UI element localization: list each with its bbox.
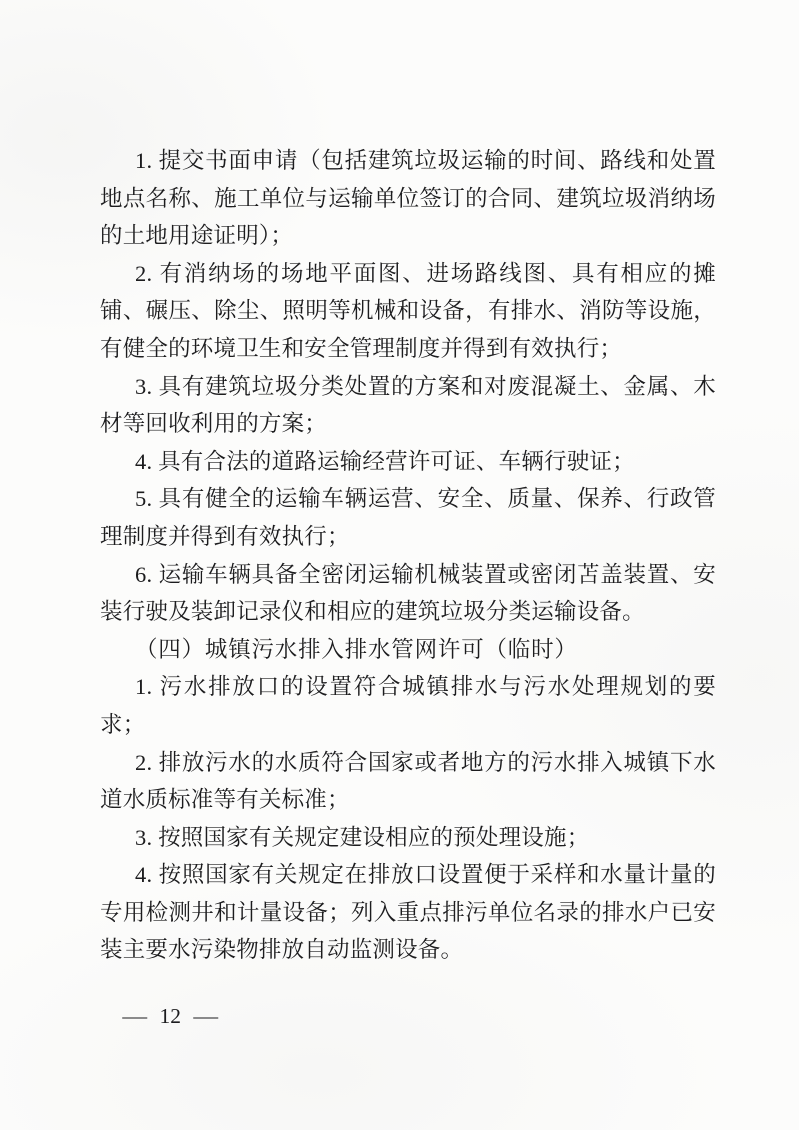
paragraph-construction-waste-item-4: 4. 具有合法的道路运输经营许可证、车辆行驶证； <box>100 443 716 481</box>
paragraph-construction-waste-item-2: 2. 有消纳场的场地平面图、进场路线图、具有相应的摊铺、碾压、除尘、照明等机械和… <box>100 255 716 368</box>
section-heading-sewage-discharge-permit: （四）城镇污水排入排水管网许可（临时） <box>100 631 716 669</box>
document-page: 1. 提交书面申请（包括建筑垃圾运输的时间、路线和处置地点名称、施工单位与运输单… <box>0 0 799 1130</box>
footer-right-dash: — <box>193 1001 218 1031</box>
page-number-footer: — 12 — <box>124 1001 217 1031</box>
paragraph-sewage-item-3: 3. 按照国家有关规定建设相应的预处理设施； <box>100 819 716 857</box>
page-number: 12 <box>160 1001 182 1031</box>
footer-left-dash: — <box>122 1001 147 1031</box>
paragraph-construction-waste-item-1: 1. 提交书面申请（包括建筑垃圾运输的时间、路线和处置地点名称、施工单位与运输单… <box>100 142 716 255</box>
paragraph-sewage-item-1: 1. 污水排放口的设置符合城镇排水与污水处理规划的要求； <box>100 668 716 743</box>
paragraph-construction-waste-item-6: 6. 运输车辆具备全密闭运输机械装置或密闭苫盖装置、安装行驶及装卸记录仪和相应的… <box>100 556 716 631</box>
document-body: 1. 提交书面申请（包括建筑垃圾运输的时间、路线和处置地点名称、施工单位与运输单… <box>100 142 716 969</box>
paragraph-sewage-item-4: 4. 按照国家有关规定在排放口设置便于采样和水量计量的专用检测井和计量设备；列入… <box>100 856 716 969</box>
paragraph-sewage-item-2: 2. 排放污水的水质符合国家或者地方的污水排入城镇下水道水质标准等有关标准； <box>100 744 716 819</box>
paragraph-construction-waste-item-3: 3. 具有建筑垃圾分类处置的方案和对废混凝土、金属、木材等回收利用的方案； <box>100 368 716 443</box>
paragraph-construction-waste-item-5: 5. 具有健全的运输车辆运营、安全、质量、保养、行政管理制度并得到有效执行； <box>100 480 716 555</box>
